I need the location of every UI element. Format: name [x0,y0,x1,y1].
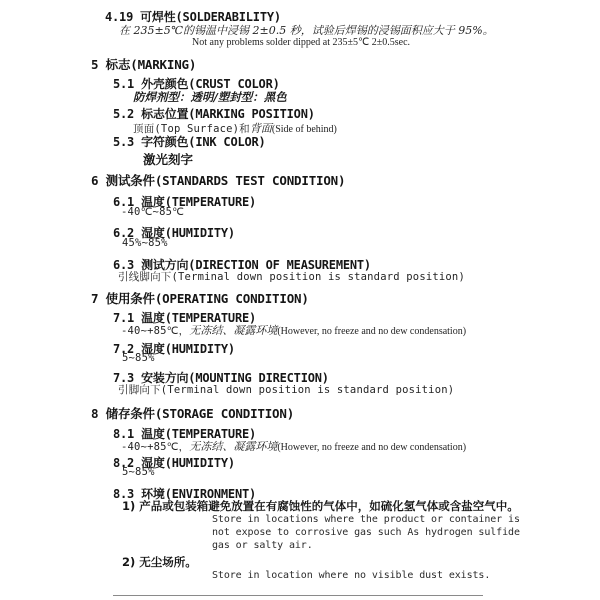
section-6-title: 6 测试条件(STANDARDS TEST CONDITION) [91,171,345,189]
item-7-1-body: -40~+85℃，无冻结、凝露环境(However, no freeze and… [121,321,466,339]
item-7-1-body-part-mono: -40~+85℃， [121,325,189,337]
item-7-3-body: 引脚向下(Terminal down position is standard … [118,382,454,397]
section-5-title: 5 标志(MARKING) [91,55,196,73]
section-8-title: 8 储存条件(STORAGE CONDITION) [91,404,294,422]
item-4-19-body-en: Not any problems solder dipped at 235±5℃… [192,37,410,48]
item-7-2-body: 5~85% [122,352,155,364]
item-6-3-body: 引线脚向下(Terminal down position is standard… [118,269,465,284]
section-7-title: 7 使用条件(OPERATING CONDITION) [91,289,309,307]
item-5-3-body: 激光刻字 [143,150,193,168]
item-5-1-body: 防焊剂型：透明/塑封型：黑色 [133,89,287,105]
item-7-1-body-part-serif: (However, no freeze and no dew condensat… [277,326,466,337]
item-8-3-note1-cn: 1) 产品或包装箱避免放置在有腐蚀性的气体中，如硫化氢气体或含盐空气中。 [122,498,519,514]
item-8-3-note1-en-line1: Store in locations where the product or … [212,514,520,525]
item-8-1-body-part-serif: (However, no freeze and no dew condensat… [277,442,466,453]
item-8-3-note1-en-line3: gas or salty air. [212,540,313,551]
item-8-1-body-part-kai: 无冻结、凝露环境 [189,440,277,453]
item-8-3-note1-en-line2: not expose to corrosive gas such As hydr… [212,527,520,538]
item-5-2-body-part-serif: (Side of behind) [272,124,337,135]
document-page: 4.19 可焊性(SOLDERABILITY) 在 235±5℃的锡温中浸锡 2… [0,0,600,600]
item-4-19-body-cn: 在 235±5℃的锡温中浸锡 2±0.5 秒，试验后焊锡的浸锡面积应大于 95%… [119,22,494,38]
footer-divider [113,595,483,596]
item-5-3-title: 5.3 字符颜色(INK COLOR) [113,133,266,150]
item-6-2-body: 45%~85% [122,237,168,249]
item-7-1-body-part-kai: 无冻结、凝露环境 [189,324,277,337]
item-8-1-body: -40~+85℃，无冻结、凝露环境(However, no freeze and… [121,437,466,455]
item-8-2-body: 5~85% [122,466,155,478]
item-8-3-note2-en: Store in location where no visible dust … [212,570,490,581]
item-8-3-note2-cn: 2) 无尘场所。 [122,554,197,570]
item-8-1-body-part-mono: -40~+85℃， [121,441,189,453]
item-6-1-body: -40℃~85℃ [121,206,184,218]
